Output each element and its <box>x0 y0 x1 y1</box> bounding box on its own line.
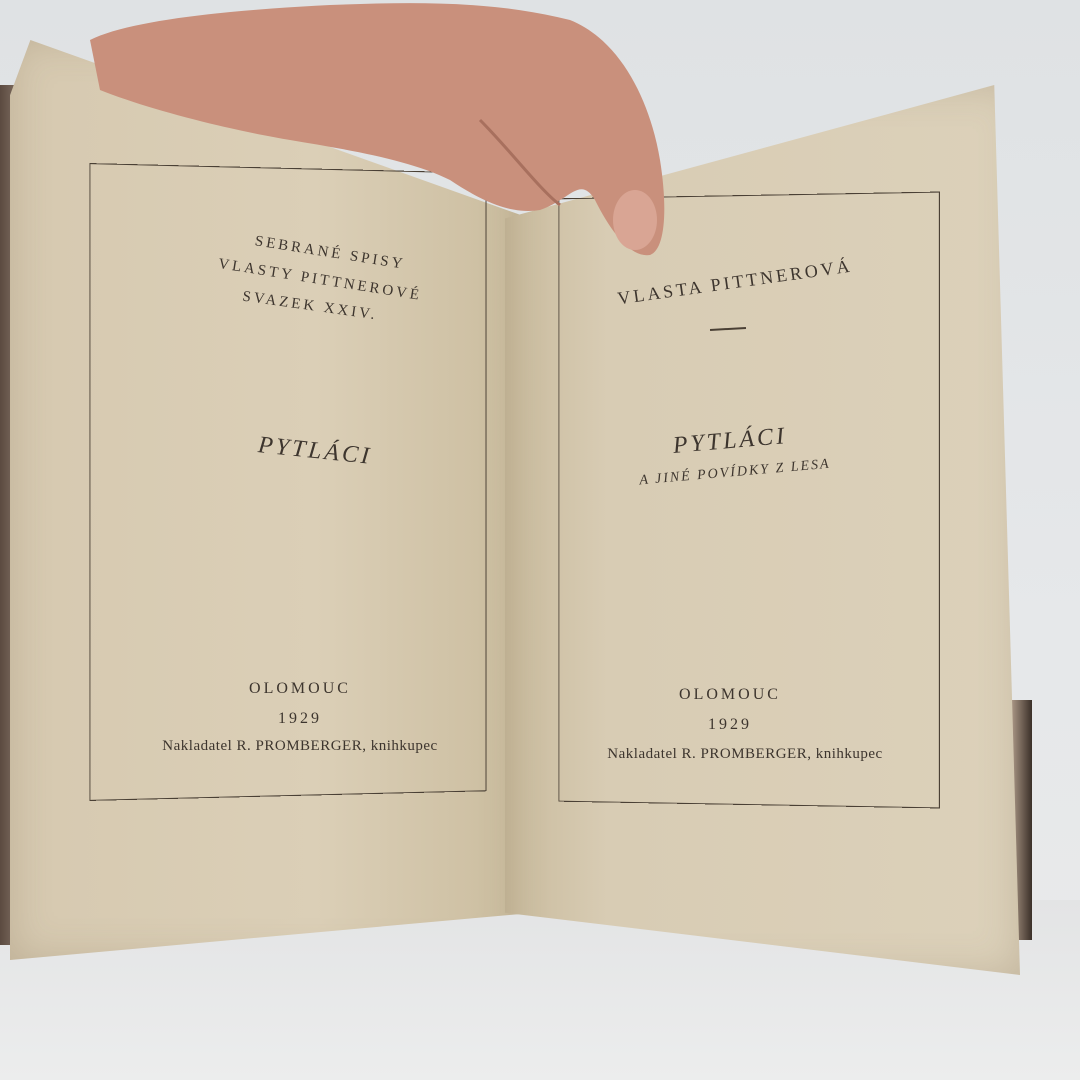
left-year: 1929 <box>240 710 360 728</box>
right-city: OLOMOUC <box>640 686 820 704</box>
left-publisher: Nakladatel R. PROMBERGER, knihkupec <box>110 738 490 755</box>
left-city: OLOMOUC <box>210 680 390 698</box>
hand <box>90 0 680 260</box>
right-publisher: Nakladatel R. PROMBERGER, knihkupec <box>560 746 930 763</box>
right-year: 1929 <box>670 716 790 734</box>
